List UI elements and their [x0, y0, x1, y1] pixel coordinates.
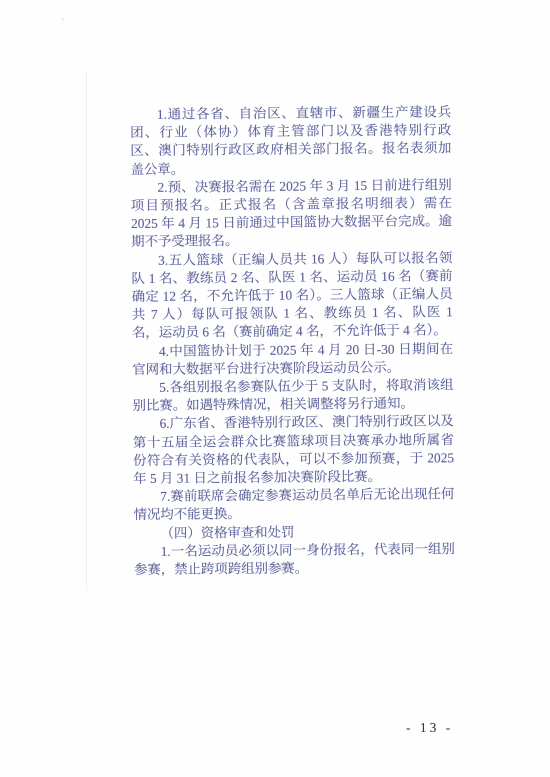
document-body: 1.通过各省、自治区、直辖市、新疆生产建设兵团、行业（体协）体育主管部门以及香港… — [130, 103, 455, 579]
paragraph: 6.广东省、香港特别行政区、澳门特别行政区以及第十五届全运会群众比赛篮球项目决赛… — [133, 413, 455, 489]
scan-artifact-dot — [61, 18, 64, 21]
paragraph: 3.五人篮球（正编人员共 16 人）每队可以报名领队 1 名、教练员 2 名、队… — [131, 249, 453, 343]
paragraph: 1.通过各省、自治区、直辖市、新疆生产建设兵团、行业（体协）体育主管部门以及香港… — [130, 103, 452, 179]
scanned-document-page: 1.通过各省、自治区、直辖市、新疆生产建设兵团、行业（体协）体育主管部门以及香港… — [0, 0, 550, 777]
scan-artifact-vertical-line — [86, 70, 87, 590]
paragraph: 7.赛前联席会确定参赛运动员名单后无论出现任何情况均不能更换。 — [133, 485, 454, 524]
paragraph: 4.中国篮协计划于 2025 年 4 月 20 日-30 日期间在官网和大数据平… — [132, 340, 453, 379]
page-number: - 13 - — [406, 720, 453, 736]
paragraph: 1.一名运动员必须以同一身份报名，代表同一组别参赛，禁止跨项跨组别参赛。 — [134, 540, 455, 579]
paragraph: 5.各组别报名参赛队伍少于 5 支队时，将取消该组别比赛。如遇特殊情况，相关调整… — [132, 376, 453, 415]
paragraph: 2.预、决赛报名需在 2025 年 3 月 15 日前进行组别项目预报名。正式报… — [131, 176, 453, 252]
